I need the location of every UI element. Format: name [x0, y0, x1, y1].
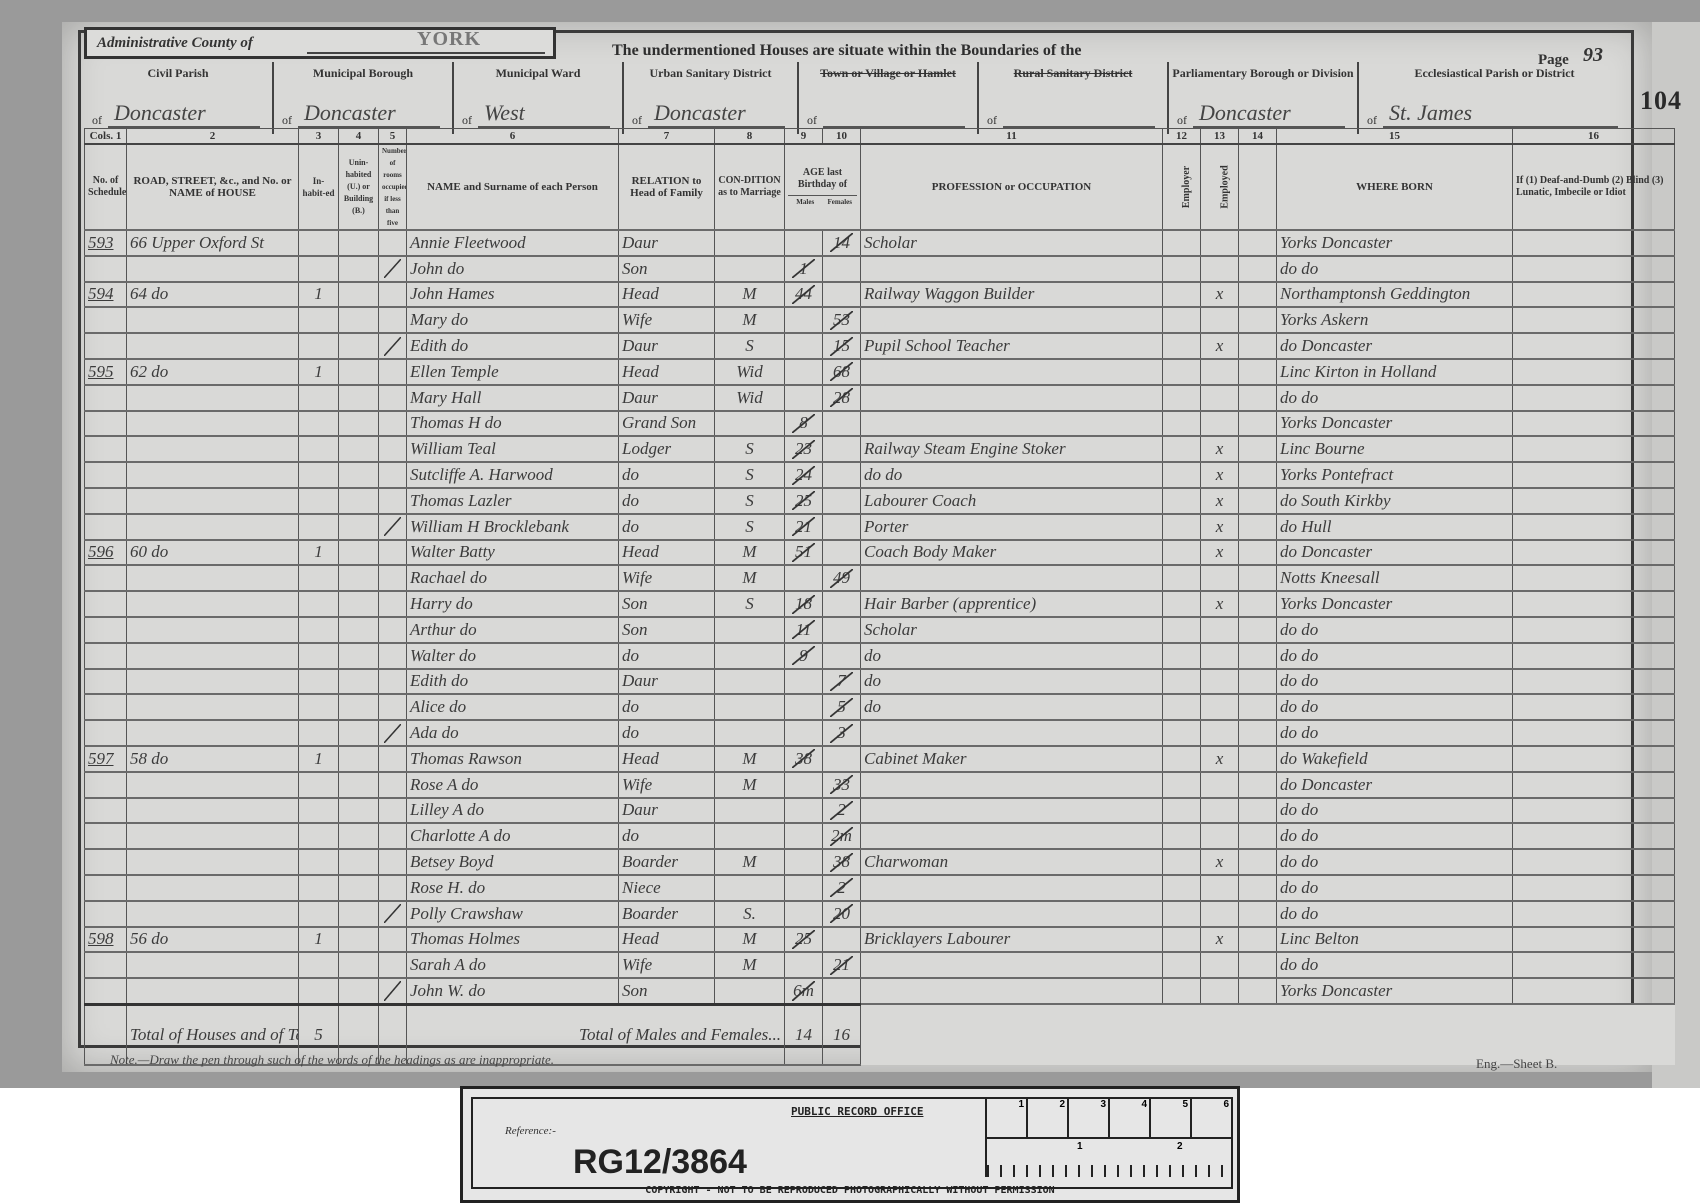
cell-name: Walter Batty — [407, 540, 619, 566]
column-number: 15 — [1277, 129, 1513, 145]
cell-road — [127, 643, 299, 669]
cell-road — [127, 798, 299, 824]
table-row: Rose H. doNiece2do do — [85, 875, 1675, 901]
cell-occupation: do — [861, 643, 1163, 669]
cell-male — [785, 823, 823, 849]
cell-rooms — [379, 359, 407, 385]
cell-employed — [1201, 256, 1239, 282]
cell-uninhabited — [339, 540, 379, 566]
cell-born: do do — [1277, 720, 1513, 746]
cell-road: 58 do — [127, 746, 299, 772]
cell-occupation: do — [861, 669, 1163, 695]
form-headline: The undermentioned Houses are situate wi… — [612, 42, 1082, 60]
cell-male: 51 — [785, 540, 823, 566]
cell-rooms — [379, 823, 407, 849]
cell-employer — [1163, 720, 1201, 746]
cell-inhabited — [299, 385, 339, 411]
cell-road — [127, 875, 299, 901]
cell-employer — [1163, 488, 1201, 514]
cell-born: do do — [1277, 694, 1513, 720]
cell-condition: Wid — [715, 359, 785, 385]
cell-male — [785, 901, 823, 927]
cell-road — [127, 669, 299, 695]
cell-condition: M — [715, 927, 785, 953]
cell-uninhabited — [339, 307, 379, 333]
cell-female: 28 — [823, 385, 861, 411]
table-row: 59464 do1John HamesHeadM44Railway Waggon… — [85, 282, 1675, 308]
cell-relation: do — [619, 488, 715, 514]
cell-rooms — [379, 927, 407, 953]
column-number: 5 — [379, 129, 407, 145]
ruler-cm-mark: 4 — [1110, 1099, 1151, 1137]
cell-relation: Daur — [619, 798, 715, 824]
cell-male: 21 — [785, 514, 823, 540]
cell-occupation — [861, 307, 1163, 333]
cell-employed — [1201, 823, 1239, 849]
cell-neither — [1239, 978, 1277, 1004]
cell-neither — [1239, 617, 1277, 643]
cell-female: 38 — [823, 849, 861, 875]
cell-uninhabited — [339, 411, 379, 437]
county-value: YORK — [417, 28, 481, 51]
column-number: 9 — [785, 129, 823, 145]
cell-male — [785, 849, 823, 875]
cell-female: 2m — [823, 823, 861, 849]
cell-relation: Wife — [619, 565, 715, 591]
age-females: Females — [823, 196, 858, 208]
cell-infirmity — [1513, 772, 1675, 798]
cell-neither — [1239, 307, 1277, 333]
col-road: ROAD, STREET, &c., and No. or NAME of HO… — [127, 144, 299, 230]
ruler-cm-mark: 3 — [1069, 1099, 1110, 1137]
cell-female — [823, 282, 861, 308]
cell-road — [127, 901, 299, 927]
cell-employed: x — [1201, 746, 1239, 772]
cell-occupation — [861, 772, 1163, 798]
cell-neither — [1239, 669, 1277, 695]
table-row: Thomas H doGrand Son8Yorks Doncaster — [85, 411, 1675, 437]
cell-condition: S — [715, 591, 785, 617]
cell-relation: do — [619, 514, 715, 540]
cell-employer — [1163, 565, 1201, 591]
cell-infirmity — [1513, 669, 1675, 695]
district-title: Civil Parish — [84, 66, 272, 80]
cell-infirmity — [1513, 256, 1675, 282]
district-rural-sanitary-district: Rural Sanitary Districtof — [979, 62, 1169, 134]
cell-inhabited — [299, 256, 339, 282]
cell-rooms — [379, 901, 407, 927]
district-title: Parliamentary Borough or Division — [1169, 66, 1357, 80]
ruler-cm-mark: 6 — [1192, 1099, 1233, 1137]
table-row: Sutcliffe A. HarwooddoS24do doxYorks Pon… — [85, 462, 1675, 488]
col-infirmity: If (1) Deaf-and-Dumb (2) Blind (3) Lunat… — [1513, 144, 1675, 230]
cell-name: Ada do — [407, 720, 619, 746]
cell-employer — [1163, 591, 1201, 617]
cell-relation: Boarder — [619, 849, 715, 875]
district-prefix: of — [807, 113, 817, 128]
table-row: Edith doDaur7dodo do — [85, 669, 1675, 695]
district-title: Municipal Ward — [454, 66, 622, 80]
district-header-row: Civil ParishofDoncasterMunicipal Borough… — [84, 62, 1630, 134]
column-number: 4 — [339, 129, 379, 145]
col-occupation: PROFESSION or OCCUPATION — [861, 144, 1163, 230]
cell-neither — [1239, 565, 1277, 591]
cell-infirmity — [1513, 694, 1675, 720]
cell-schedule — [85, 333, 127, 359]
cell-rooms — [379, 772, 407, 798]
cell-male — [785, 798, 823, 824]
cell-neither — [1239, 514, 1277, 540]
cell-neither — [1239, 591, 1277, 617]
cell-female: 3 — [823, 720, 861, 746]
cell-infirmity — [1513, 488, 1675, 514]
cell-road — [127, 952, 299, 978]
cell-condition — [715, 411, 785, 437]
cell-male: 6m — [785, 978, 823, 1004]
cell-schedule — [85, 875, 127, 901]
cell-condition — [715, 720, 785, 746]
cell-neither — [1239, 927, 1277, 953]
cell-female: 21 — [823, 952, 861, 978]
cell-born: do do — [1277, 385, 1513, 411]
cell-schedule: 598 — [85, 927, 127, 953]
cell-rooms — [379, 333, 407, 359]
cell-occupation: do — [861, 694, 1163, 720]
cell-condition — [715, 256, 785, 282]
total-males: 14 — [785, 1004, 823, 1065]
cell-born: do Doncaster — [1277, 540, 1513, 566]
footer-note: Note.—Draw the pen through such of the w… — [110, 1052, 554, 1068]
district-value: Doncaster — [1193, 100, 1345, 128]
cell-name: Rose H. do — [407, 875, 619, 901]
cell-employer — [1163, 617, 1201, 643]
cell-inhabited — [299, 307, 339, 333]
cell-infirmity — [1513, 823, 1675, 849]
cell-schedule — [85, 436, 127, 462]
cell-schedule — [85, 694, 127, 720]
cell-condition — [715, 823, 785, 849]
cell-condition — [715, 643, 785, 669]
cell-infirmity — [1513, 411, 1675, 437]
cell-neither — [1239, 746, 1277, 772]
cell-inhabited — [299, 901, 339, 927]
cell-occupation: do do — [861, 462, 1163, 488]
col-rooms: Number of rooms occupied if less than fi… — [379, 144, 407, 230]
cell-relation: Daur — [619, 230, 715, 256]
cell-condition: S — [715, 488, 785, 514]
col-age: AGE last Birthday of Males Females — [785, 144, 861, 230]
table-row: Charlotte A dodo2mdo do — [85, 823, 1675, 849]
cell-male — [785, 307, 823, 333]
cell-schedule: 593 — [85, 230, 127, 256]
cell-schedule — [85, 643, 127, 669]
district-title: Town or Village or Hamlet — [799, 66, 977, 80]
cell-inhabited: 1 — [299, 359, 339, 385]
cell-occupation: Labourer Coach — [861, 488, 1163, 514]
col-name: NAME and Surname of each Person — [407, 144, 619, 230]
cell-name: John W. do — [407, 978, 619, 1004]
cell-road — [127, 411, 299, 437]
cell-name: Rachael do — [407, 565, 619, 591]
cell-condition: S. — [715, 901, 785, 927]
cell-condition — [715, 230, 785, 256]
cell-employer — [1163, 230, 1201, 256]
cell-employed — [1201, 694, 1239, 720]
cell-inhabited — [299, 952, 339, 978]
cell-inhabited — [299, 669, 339, 695]
cell-female — [823, 540, 861, 566]
age-males: Males — [788, 196, 823, 208]
reference-caption: Reference:- — [505, 1125, 556, 1137]
table-row: Harry doSonS18Hair Barber (apprentice)xY… — [85, 591, 1675, 617]
cell-occupation — [861, 978, 1163, 1004]
cell-male — [785, 772, 823, 798]
cell-relation: do — [619, 462, 715, 488]
cell-male — [785, 720, 823, 746]
table-row: 59660 do1Walter BattyHeadM51Coach Body M… — [85, 540, 1675, 566]
cell-infirmity — [1513, 282, 1675, 308]
cell-road — [127, 978, 299, 1004]
cell-relation: do — [619, 823, 715, 849]
cell-rooms — [379, 462, 407, 488]
cell-employed: x — [1201, 927, 1239, 953]
table-row: Arthur doSon11Scholardo do — [85, 617, 1675, 643]
cell-female: 15 — [823, 333, 861, 359]
cell-female: 33 — [823, 772, 861, 798]
cell-relation: Head — [619, 746, 715, 772]
cell-neither — [1239, 411, 1277, 437]
cell-employed — [1201, 952, 1239, 978]
cell-employer — [1163, 694, 1201, 720]
cell-relation: Head — [619, 282, 715, 308]
cell-infirmity — [1513, 591, 1675, 617]
cell-female — [823, 746, 861, 772]
cell-employed — [1201, 643, 1239, 669]
cell-rooms — [379, 230, 407, 256]
district-ecclesiastical-parish-or-district: Ecclesiastical Parish or DistrictofSt. J… — [1359, 62, 1630, 134]
cell-neither — [1239, 901, 1277, 927]
cell-employed — [1201, 875, 1239, 901]
cell-employer — [1163, 540, 1201, 566]
cell-employed: x — [1201, 540, 1239, 566]
cell-female — [823, 927, 861, 953]
cell-uninhabited — [339, 488, 379, 514]
cell-employed — [1201, 617, 1239, 643]
cell-uninhabited — [339, 617, 379, 643]
cell-born: Northamptonsh Geddington — [1277, 282, 1513, 308]
cell-employer — [1163, 669, 1201, 695]
cell-employer — [1163, 411, 1201, 437]
cell-schedule — [85, 849, 127, 875]
cell-uninhabited — [339, 462, 379, 488]
cell-road — [127, 720, 299, 746]
cell-employer — [1163, 823, 1201, 849]
cell-inhabited — [299, 591, 339, 617]
cell-condition: M — [715, 772, 785, 798]
cell-relation: Niece — [619, 875, 715, 901]
ruler-cm-mark: 1 — [987, 1099, 1028, 1137]
table-row: 59562 do1Ellen TempleHeadWid68Linc Kirto… — [85, 359, 1675, 385]
cell-male: 11 — [785, 617, 823, 643]
cell-uninhabited — [339, 823, 379, 849]
cell-uninhabited — [339, 772, 379, 798]
cell-inhabited — [299, 617, 339, 643]
cell-condition: M — [715, 565, 785, 591]
cell-male — [785, 565, 823, 591]
cell-schedule — [85, 514, 127, 540]
cell-inhabited — [299, 823, 339, 849]
cell-uninhabited — [339, 591, 379, 617]
cell-male — [785, 333, 823, 359]
cell-schedule — [85, 256, 127, 282]
cell-female — [823, 978, 861, 1004]
cell-female — [823, 411, 861, 437]
table-row: Mary HallDaurWid28do do — [85, 385, 1675, 411]
cell-male: 9 — [785, 643, 823, 669]
ruler-inch-2: 2 — [1177, 1141, 1183, 1152]
cell-name: Thomas Lazler — [407, 488, 619, 514]
cell-infirmity — [1513, 901, 1675, 927]
cell-condition: S — [715, 436, 785, 462]
district-value — [823, 100, 965, 128]
column-number: 13 — [1201, 129, 1239, 145]
cell-born: do do — [1277, 849, 1513, 875]
cell-born: do do — [1277, 875, 1513, 901]
cell-road — [127, 617, 299, 643]
cell-female: 14 — [823, 230, 861, 256]
cell-employed: x — [1201, 282, 1239, 308]
cell-condition: M — [715, 746, 785, 772]
cell-occupation — [861, 901, 1163, 927]
cell-employer — [1163, 333, 1201, 359]
cell-road: 64 do — [127, 282, 299, 308]
cell-male — [785, 875, 823, 901]
cell-infirmity — [1513, 436, 1675, 462]
cell-rooms — [379, 488, 407, 514]
cell-road — [127, 256, 299, 282]
cell-schedule — [85, 772, 127, 798]
copyright-notice: COPYRIGHT - NOT TO BE REPRODUCED PHOTOGR… — [471, 1185, 1229, 1196]
public-record-office: PUBLIC RECORD OFFICE — [791, 1105, 923, 1118]
table-row: 59758 do1Thomas RawsonHeadM38Cabinet Mak… — [85, 746, 1675, 772]
cell-inhabited — [299, 772, 339, 798]
column-number: Cols. 1 — [85, 129, 127, 145]
cell-relation: do — [619, 720, 715, 746]
cell-schedule: 597 — [85, 746, 127, 772]
cell-male: 44 — [785, 282, 823, 308]
cell-name: Rose A do — [407, 772, 619, 798]
cell-schedule — [85, 978, 127, 1004]
column-heading-row: No. of Schedule ROAD, STREET, &c., and N… — [85, 144, 1675, 230]
cell-infirmity — [1513, 849, 1675, 875]
cell-born: do do — [1277, 669, 1513, 695]
cell-employer — [1163, 772, 1201, 798]
cell-name: Mary do — [407, 307, 619, 333]
cell-relation: Boarder — [619, 901, 715, 927]
district-value: Doncaster — [108, 100, 260, 128]
cell-road: 62 do — [127, 359, 299, 385]
cell-schedule — [85, 385, 127, 411]
cell-neither — [1239, 720, 1277, 746]
district-prefix: of — [987, 113, 997, 128]
cell-inhabited — [299, 514, 339, 540]
cell-inhabited: 1 — [299, 540, 339, 566]
cell-employer — [1163, 901, 1201, 927]
cell-condition: M — [715, 282, 785, 308]
cell-neither — [1239, 823, 1277, 849]
cell-born: Yorks Doncaster — [1277, 411, 1513, 437]
cell-road: 56 do — [127, 927, 299, 953]
district-title: Urban Sanitary District — [624, 66, 797, 80]
cell-employed: x — [1201, 488, 1239, 514]
col-inhabited: In-habit-ed — [299, 144, 339, 230]
cell-condition: M — [715, 849, 785, 875]
cell-male — [785, 230, 823, 256]
district-municipal-ward: Municipal WardofWest — [454, 62, 624, 134]
cell-male — [785, 359, 823, 385]
district-urban-sanitary-district: Urban Sanitary DistrictofDoncaster — [624, 62, 799, 134]
cell-occupation — [861, 720, 1163, 746]
cell-uninhabited — [339, 514, 379, 540]
cell-uninhabited — [339, 333, 379, 359]
table-row: Rose A doWifeM33do Doncaster — [85, 772, 1675, 798]
cell-relation: Son — [619, 617, 715, 643]
cell-rooms — [379, 411, 407, 437]
cell-employed — [1201, 359, 1239, 385]
cell-uninhabited — [339, 669, 379, 695]
cell-uninhabited — [339, 927, 379, 953]
cell-male: 23 — [785, 436, 823, 462]
cell-occupation: Charwoman — [861, 849, 1163, 875]
cell-name: Thomas Rawson — [407, 746, 619, 772]
cell-schedule — [85, 488, 127, 514]
cell-occupation — [861, 875, 1163, 901]
cell-infirmity — [1513, 462, 1675, 488]
cell-road — [127, 772, 299, 798]
cell-occupation — [861, 565, 1163, 591]
cell-schedule: 594 — [85, 282, 127, 308]
cell-employed: x — [1201, 591, 1239, 617]
cell-condition — [715, 669, 785, 695]
cell-uninhabited — [339, 849, 379, 875]
cell-rooms — [379, 694, 407, 720]
census-table: Cols. 12345678910111213141516 No. of Sch… — [84, 128, 1675, 1066]
cell-uninhabited — [339, 694, 379, 720]
table-row: Walter dodo9dodo do — [85, 643, 1675, 669]
cell-relation: Grand Son — [619, 411, 715, 437]
cell-female — [823, 436, 861, 462]
cell-employed — [1201, 411, 1239, 437]
cell-condition: M — [715, 307, 785, 333]
cell-road — [127, 823, 299, 849]
table-row: Alice dodo5dodo do — [85, 694, 1675, 720]
cell-uninhabited — [339, 952, 379, 978]
table-row: 59856 do1Thomas HolmesHeadM25Bricklayers… — [85, 927, 1675, 953]
table-row: 59366 Upper Oxford StAnnie FleetwoodDaur… — [85, 230, 1675, 256]
cell-rooms — [379, 978, 407, 1004]
table-row: John doSon1do do — [85, 256, 1675, 282]
cell-employed: x — [1201, 436, 1239, 462]
cell-employed — [1201, 385, 1239, 411]
cell-inhabited — [299, 849, 339, 875]
table-row: Rachael doWifeM49Notts Kneesall — [85, 565, 1675, 591]
cell-employer — [1163, 952, 1201, 978]
cell-born: do do — [1277, 952, 1513, 978]
cell-occupation: Bricklayers Labourer — [861, 927, 1163, 953]
col-employer: Employer — [1163, 144, 1201, 230]
cell-employer — [1163, 462, 1201, 488]
cell-occupation — [861, 798, 1163, 824]
